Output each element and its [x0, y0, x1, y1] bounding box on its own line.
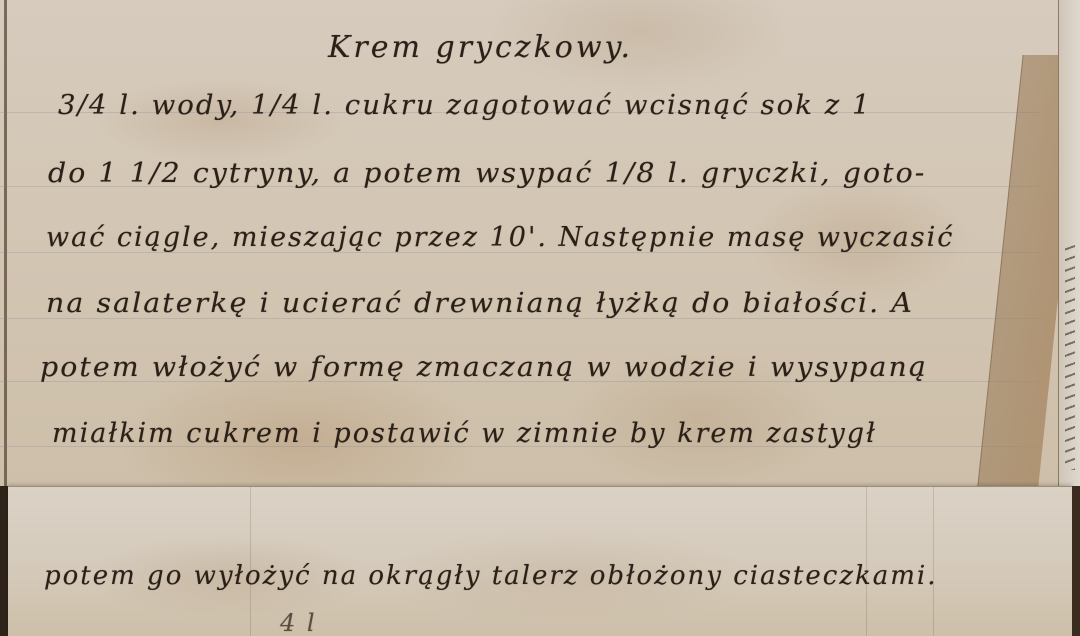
recipe-title: Krem gryczkowy. — [328, 30, 633, 65]
adjacent-page-handwriting — [1065, 240, 1075, 470]
handwritten-line-4: na salaterkę i ucierać drewnianą łyżką d… — [46, 288, 914, 319]
partial-cutoff-text: 4 l — [280, 609, 317, 636]
upper-paper-sheet: Krem gryczkowy. 3/4 l. wody, 1/4 l. cukr… — [0, 0, 1080, 486]
handwritten-line-5: potem włożyć w formę zmaczaną w wodzie i… — [40, 352, 928, 383]
handwritten-line-6: miałkim cukrem i postawić w zimnie by kr… — [52, 418, 877, 449]
paper-left-margin-line — [4, 0, 7, 486]
background-right-shadow — [1072, 486, 1080, 636]
handwritten-line-3: wać ciągle, mieszając przez 10'. Następn… — [46, 222, 954, 253]
handwritten-line-7: potem go wyłożyć na okrągły talerz obłoż… — [44, 561, 938, 591]
lower-paper-sheet: potem go wyłożyć na okrągły talerz obłoż… — [8, 486, 1072, 636]
handwritten-line-1: 3/4 l. wody, 1/4 l. cukru zagotować wcis… — [58, 90, 872, 121]
background-left-shadow — [0, 486, 8, 636]
adjacent-page-edge — [1058, 0, 1080, 486]
document-photo: Krem gryczkowy. 3/4 l. wody, 1/4 l. cukr… — [0, 0, 1080, 636]
handwritten-line-2: do 1 1/2 cytryny, a potem wsypać 1/8 l. … — [48, 158, 926, 189]
